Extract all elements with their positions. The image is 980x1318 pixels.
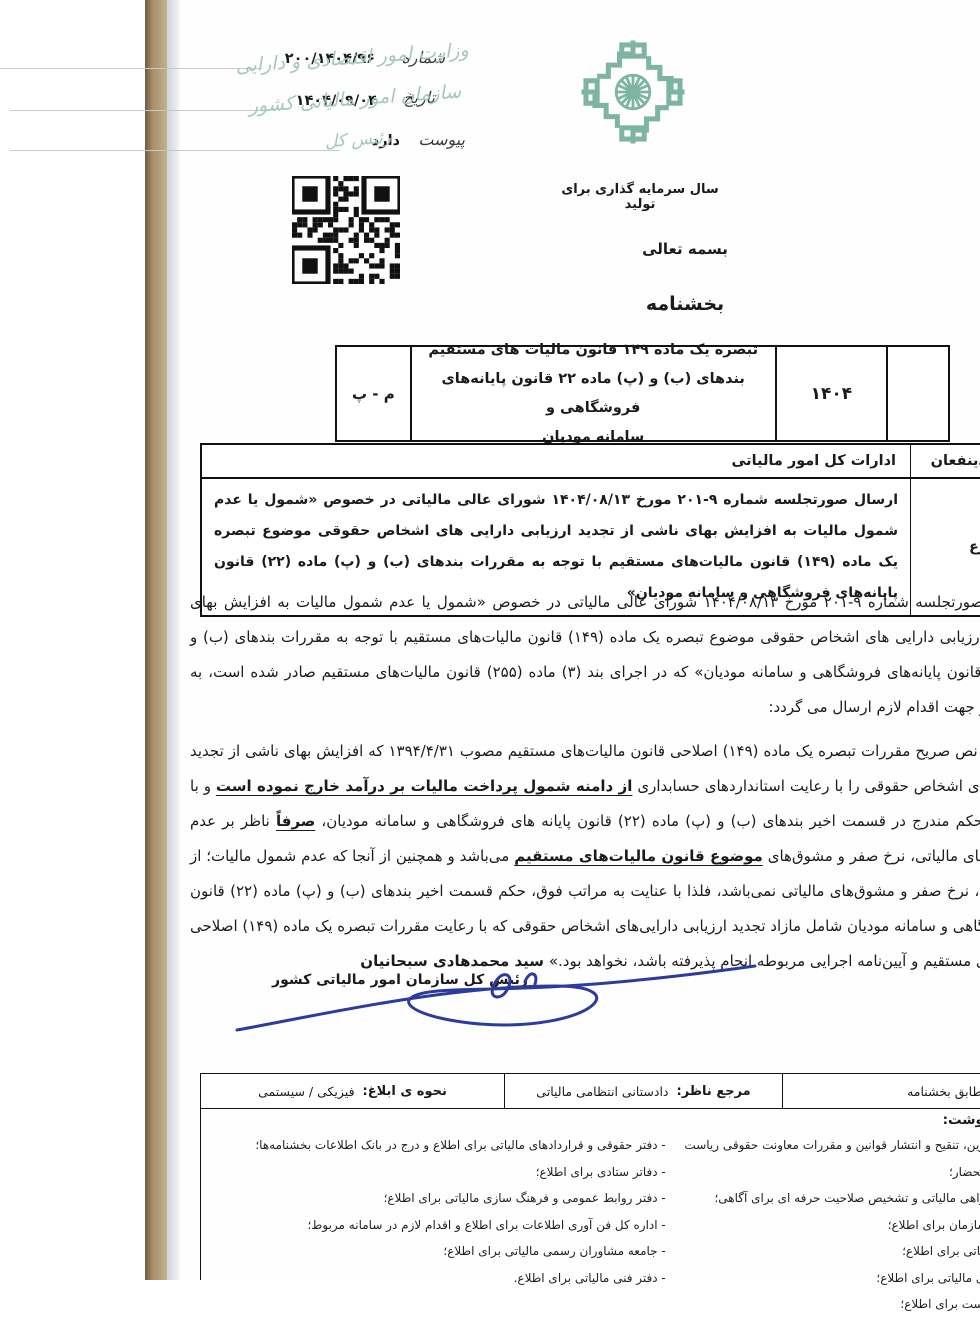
- copy-recipients-columns: -معاون محترم تدوین، تنقیح و انتشار قوانی…: [66, 1132, 924, 1280]
- copy-recipient-item: -مرکز عالی دادخواهی مالیاتی و تشخیص صلاح…: [539, 1185, 924, 1212]
- notification-method-cell: نحوه ی ابلاغ: فیزیکی / سیستمی: [56, 1074, 359, 1108]
- body-paragraph-1: به پیوست صورتجلسه شماره ۹-۲۰۱ مورخ ۱۴۰۴/…: [45, 585, 935, 725]
- copy-recipients-section: گیرندگان رونوشت: -معاون محترم تدوین، تنق…: [55, 1108, 935, 1280]
- copy-recipient-item: -دادستانی انتظامی مالیاتی برای اطلاع؛: [539, 1265, 924, 1281]
- besmeleh-text: بسمه تعالی: [440, 240, 640, 258]
- classification-table: ۱۴۰۴ تبصره یک ماده ۱۴۹ قانون مالیات های …: [190, 345, 805, 442]
- copy-recipients-heading: گیرندگان رونوشت:: [66, 1112, 924, 1128]
- classification-code-cell: م - پ: [192, 347, 265, 440]
- audience-label: مخاطبان/ ذینفعان: [765, 445, 933, 477]
- document-type-title: بخشنامه: [430, 293, 650, 315]
- classification-subject-line1: تبصره یک ماده ۱۴۹ قانون مالیات های مستقی…: [283, 336, 613, 365]
- meta-row-table: تاریخ اجرا: مطابق بخشنامه مرجع ناظر: داد…: [55, 1073, 935, 1109]
- copy-recipient-item: - جامعه مشاوران رسمی مالیاتی برای اطلاع؛: [72, 1238, 521, 1265]
- classification-subject-line2: بندهای (ب) و (پ) ماده ۲۲ قانون پایانه‌ها…: [273, 365, 624, 423]
- body-text: به پیوست صورتجلسه شماره ۹-۲۰۱ مورخ ۱۴۰۴/…: [45, 585, 935, 988]
- supervising-authority-label: مرجع ناظر:: [532, 1084, 606, 1099]
- copy-recipient-item: - اداره کل فن آوری اطلاعات برای اطلاع و …: [72, 1212, 521, 1239]
- notification-method-label: نحوه ی ابلاغ:: [218, 1084, 302, 1099]
- supervising-authority-cell: مرجع ناظر: دادستانی انتظامی مالیاتی: [359, 1074, 637, 1108]
- copy-recipient-item: - دفتر روابط عمومی و فرهنگ سازی مالیاتی …: [72, 1185, 521, 1212]
- copy-recipient-item: - دفاتر ستادی برای اطلاع؛: [72, 1159, 521, 1186]
- copy-recipient-item: -شورای عالی مالیاتی برای اطلاع؛: [539, 1238, 924, 1265]
- body-paragraph-2: «با توجه به نص صریح مقررات تبصره یک ماده…: [45, 734, 935, 979]
- audience-row: مخاطبان/ ذینفعان ادارات کل امور مالیاتی: [57, 445, 933, 477]
- body-text-segment: صرفاً: [131, 812, 170, 830]
- supervising-authority-value: دادستانی انتظامی مالیاتی: [391, 1084, 523, 1099]
- copy-recipients-left-column: - دفتر حقوقی و قراردادهای مالیاتی برای ا…: [66, 1132, 521, 1280]
- body-text-segment: موضوع قانون مالیات‌های مستقیم: [369, 847, 618, 865]
- ministry-calligraphy: وزارت امور اقتصادی و دارایی سازمان امور …: [56, 28, 364, 172]
- classification-empty-cell: [741, 347, 803, 440]
- circular-document-page: شماره ۲۰۰/۱۴۰۴/۹۶ تاریخ ۱۴۰۴/۰۹/۰۴ پیوست…: [0, 0, 980, 1280]
- execution-date-value: مطابق بخشنامه: [762, 1084, 844, 1099]
- copy-recipient-item: - دفتر فنی مالیاتی برای اطلاع.: [72, 1265, 521, 1281]
- copy-recipient-item: -معاون محترم تدوین، تنقیح و انتشار قوانی…: [539, 1132, 924, 1185]
- audience-value: ادارات کل امور مالیاتی: [57, 445, 765, 477]
- tax-organization-logo-icon: [430, 36, 546, 148]
- signature-ink: [80, 952, 625, 1047]
- slogan-text: سال سرمایه گذاری برای تولید: [405, 182, 585, 212]
- copy-recipient-item: -معاونین محترم سازمان برای اطلاع؛: [539, 1212, 924, 1239]
- execution-date-label: تاریخ اجرا:: [852, 1084, 920, 1099]
- classification-year-cell: ۱۴۰۴: [630, 347, 742, 440]
- scan-edge-shadow: [22, 0, 36, 1280]
- body-text-segment: از دامنه شمول پرداخت مالیات بر درآمد خار…: [71, 777, 488, 795]
- classification-subject-cell: تبصره یک ماده ۱۴۹ قانون مالیات های مستقی…: [265, 347, 630, 440]
- copy-recipient-item: - دفتر حقوقی و قراردادهای مالیاتی برای ا…: [72, 1132, 521, 1159]
- notification-method-value: فیزیکی / سیستمی: [113, 1084, 209, 1099]
- scan-edge-strip: [0, 0, 22, 1280]
- execution-date-cell: تاریخ اجرا: مطابق بخشنامه: [637, 1074, 934, 1108]
- qr-code: [147, 176, 255, 284]
- copy-recipients-right-column: -معاون محترم تدوین، تنقیح و انتشار قوانی…: [521, 1132, 924, 1280]
